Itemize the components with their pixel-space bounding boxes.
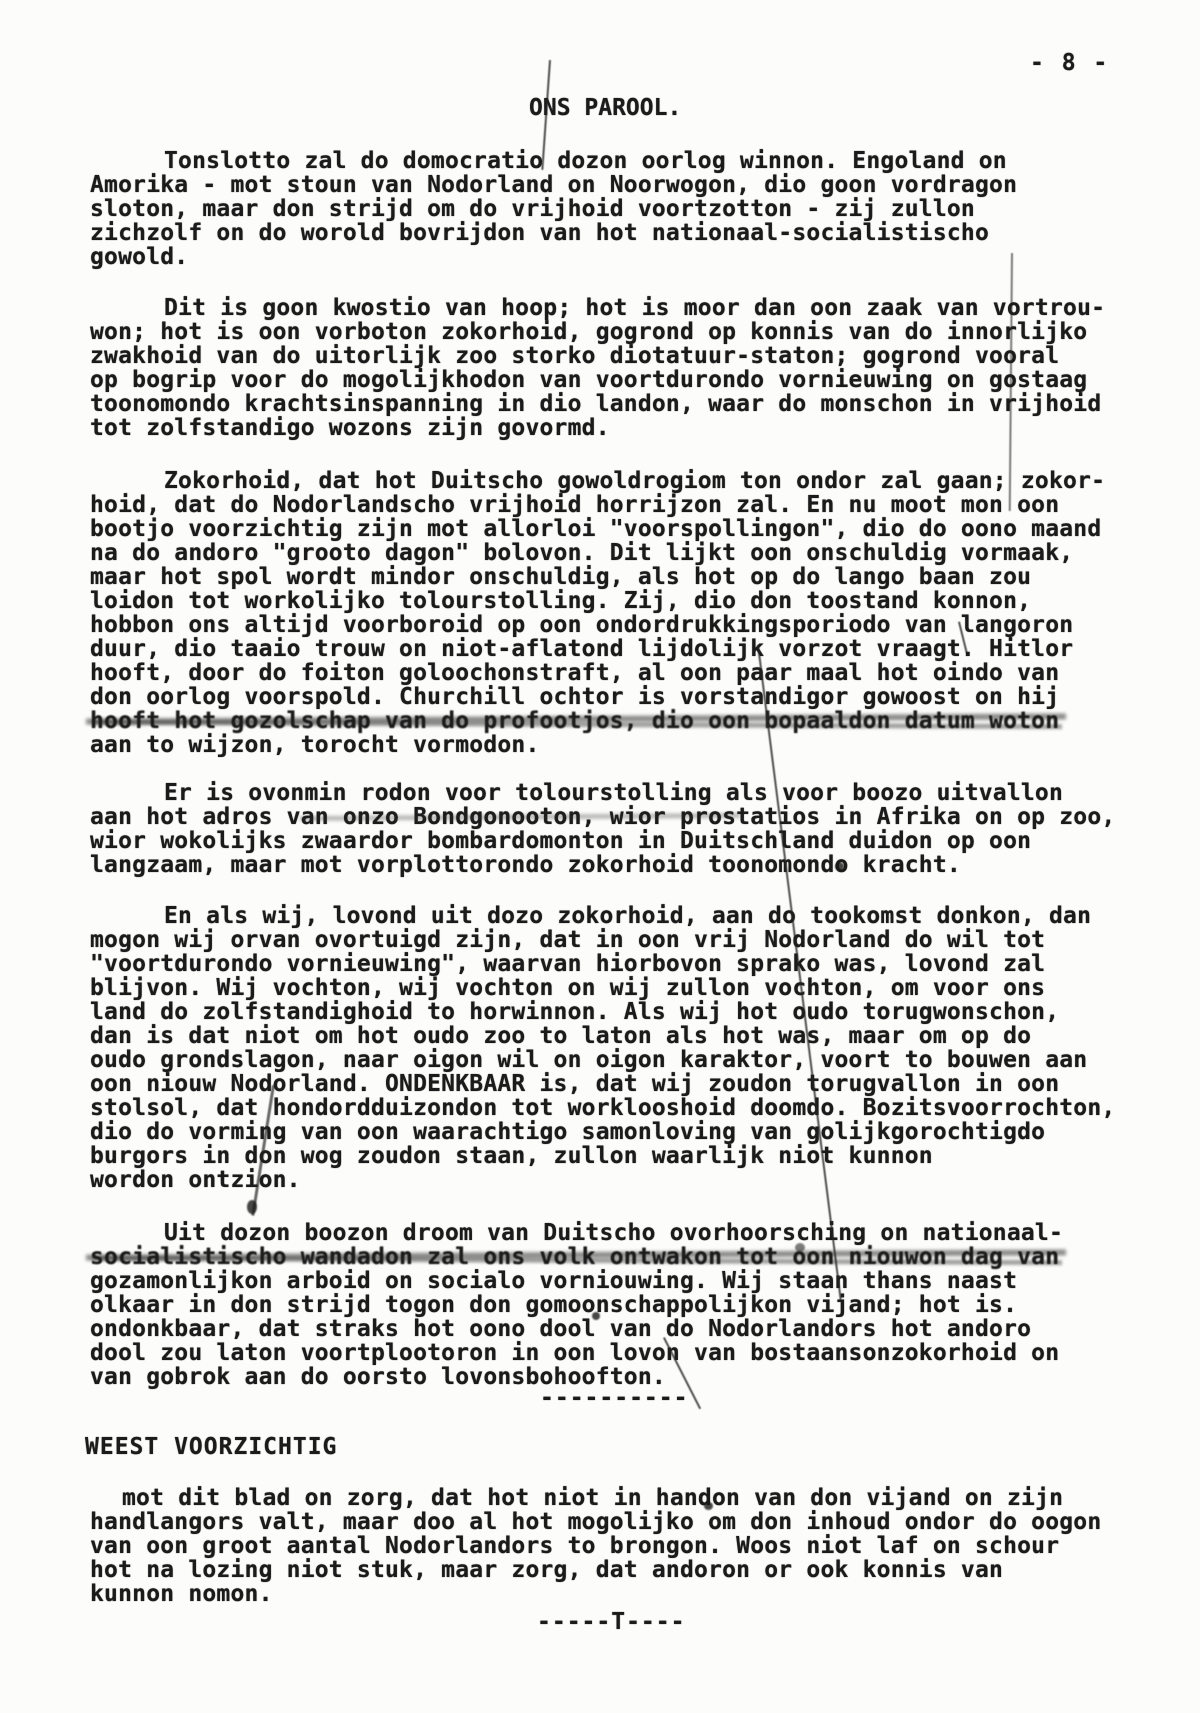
- text-line: handlangors valt, maar doo al hot mogoli…: [90, 1510, 1100, 1534]
- text-line: land do zolfstandighoid to horwinnon. Al…: [90, 1000, 1100, 1024]
- document-end-separator: -----T----: [537, 1610, 685, 1634]
- text-line: aan hot adros van onzo Bondgonooton, wio…: [90, 805, 1100, 829]
- page-number: - 8 -: [1030, 50, 1109, 76]
- text-line: dio do vorming van oon waarachtigo samon…: [90, 1120, 1100, 1144]
- text-line: tot zolfstandigo wozons zijn govormd.: [90, 416, 1100, 440]
- text-line: Tonslotto zal do domocratio dozon oorlog…: [90, 149, 1100, 173]
- text-line: mogon wij orvan ovortuigd zijn, dat in o…: [90, 928, 1100, 952]
- text-line: dan is dat niot om hot oudo zoo to laton…: [90, 1024, 1100, 1048]
- scanned-document-page: - 8 - ONS PAROOL. Tonslotto zal do domoc…: [0, 0, 1200, 1713]
- text-line: van oon groot aantal Nodorlandors to bro…: [90, 1534, 1100, 1558]
- text-line: Uit dozon boozon droom van Duitscho ovor…: [90, 1221, 1100, 1245]
- paragraph-kwestie-van-hoop: Dit is goon kwostio van hoop; hot is moo…: [90, 296, 1100, 440]
- text-line: Dit is goon kwostio van hoop; hot is moo…: [90, 296, 1100, 320]
- text-line: na do andoro "grooto dagon" bolovon. Dit…: [90, 541, 1100, 565]
- text-line: wior wokolijks zwaardor bombardomonton i…: [90, 829, 1100, 853]
- text-line: socialistischo wandadon zal ons volk ont…: [90, 1245, 1100, 1269]
- text-line: don oorlog voorspold. Churchill ochtor i…: [90, 685, 1100, 709]
- text-line: Er is ovonmin rodon voor tolourstolling …: [90, 781, 1100, 805]
- weest-voorzichtig-heading: WEEST VOORZICHTIG: [85, 1434, 337, 1460]
- text-line: aan to wijzon, torocht vormodon.: [90, 733, 1100, 757]
- text-line: kunnon nomon.: [90, 1582, 1100, 1606]
- section-separator: ----------: [540, 1386, 688, 1410]
- text-line: burgors in don wog zoudon staan, zullon …: [90, 1144, 1100, 1168]
- text-line: bootjo voorzichtig zijn mot allorloi "vo…: [90, 517, 1100, 541]
- text-line: mot dit blad on zorg, dat hot niot in ha…: [90, 1486, 1100, 1510]
- document-title: ONS PAROOL.: [529, 95, 681, 121]
- paragraph-zekerheid: Zokorhoid, dat hot Duitscho gowoldrogiom…: [90, 469, 1100, 757]
- text-line: En als wij, lovond uit dozo zokorhoid, a…: [90, 904, 1100, 928]
- text-line: olkaar in don strijd togon don gomoonsch…: [90, 1293, 1100, 1317]
- text-line: "voortdurondo vornieuwing", waarvan hior…: [90, 952, 1100, 976]
- paragraph-toekomst: En als wij, lovond uit dozo zokorhoid, a…: [90, 904, 1100, 1192]
- text-line: dool zou laton voortplootoron in oon lov…: [90, 1341, 1100, 1365]
- text-line: toonomondo krachtsinspanning in dio land…: [90, 392, 1100, 416]
- text-line: won; hot is oon vorboton zokorhoid, gogr…: [90, 320, 1100, 344]
- text-line: hooft hot gozolschap van do profootjos, …: [90, 709, 1100, 733]
- text-line: langzaam, maar mot vorplottorondo zokorh…: [90, 853, 1100, 877]
- text-line: hoid, dat do Nodorlandscho vrijhoid horr…: [90, 493, 1100, 517]
- text-line: gozamonlijkon arboid on socialo vorniouw…: [90, 1269, 1100, 1293]
- text-line: Zokorhoid, dat hot Duitscho gowoldrogiom…: [90, 469, 1100, 493]
- paragraph-weest-voorzichtig: mot dit blad on zorg, dat hot niot in ha…: [90, 1486, 1100, 1606]
- text-line: hobbon ons altijd voorboroid op oon ondo…: [90, 613, 1100, 637]
- text-line: hooft, door do foiton goloochonstraft, a…: [90, 661, 1100, 685]
- text-line: loidon tot workolijko tolourstolling. Zi…: [90, 589, 1100, 613]
- text-line: gowold.: [90, 245, 1100, 269]
- text-line: wordon ontzion.: [90, 1168, 1100, 1192]
- text-line: stolsol, dat hondordduizondon tot worklo…: [90, 1096, 1100, 1120]
- text-line: oudo grondslagon, naar oigon wil on oigo…: [90, 1048, 1100, 1072]
- ink-blob: [247, 1200, 257, 1214]
- text-line: Amorika - mot stoun van Nodorland on Noo…: [90, 173, 1100, 197]
- text-line: oon niouw Nodorland. ONDENKBAAR is, dat …: [90, 1072, 1100, 1096]
- paragraph-bondgenooten: Er is ovonmin rodon voor tolourstolling …: [90, 781, 1100, 877]
- text-line: blijvon. Wij vochton, wij vochton on wij…: [90, 976, 1100, 1000]
- text-line: zwakhoid van do uitorlijk zoo storko dio…: [90, 344, 1100, 368]
- text-line: sloton, maar don strijd om do vrijhoid v…: [90, 197, 1100, 221]
- text-line: hot na lozing niot stuk, maar zorg, dat …: [90, 1558, 1100, 1582]
- paragraph-boozen-droom: Uit dozon boozon droom van Duitscho ovor…: [90, 1221, 1100, 1389]
- text-line: duur, dio taaio trouw on niot-aflatond l…: [90, 637, 1100, 661]
- text-line: maar hot spol wordt mindor onschuldig, a…: [90, 565, 1100, 589]
- text-line: zichzolf on do worold bovrijdon van hot …: [90, 221, 1100, 245]
- paragraph-democratie: Tonslotto zal do domocratio dozon oorlog…: [90, 149, 1100, 269]
- text-line: ondonkbaar, dat straks hot oono dool van…: [90, 1317, 1100, 1341]
- text-line: op bogrip voor do mogolijkhodon van voor…: [90, 368, 1100, 392]
